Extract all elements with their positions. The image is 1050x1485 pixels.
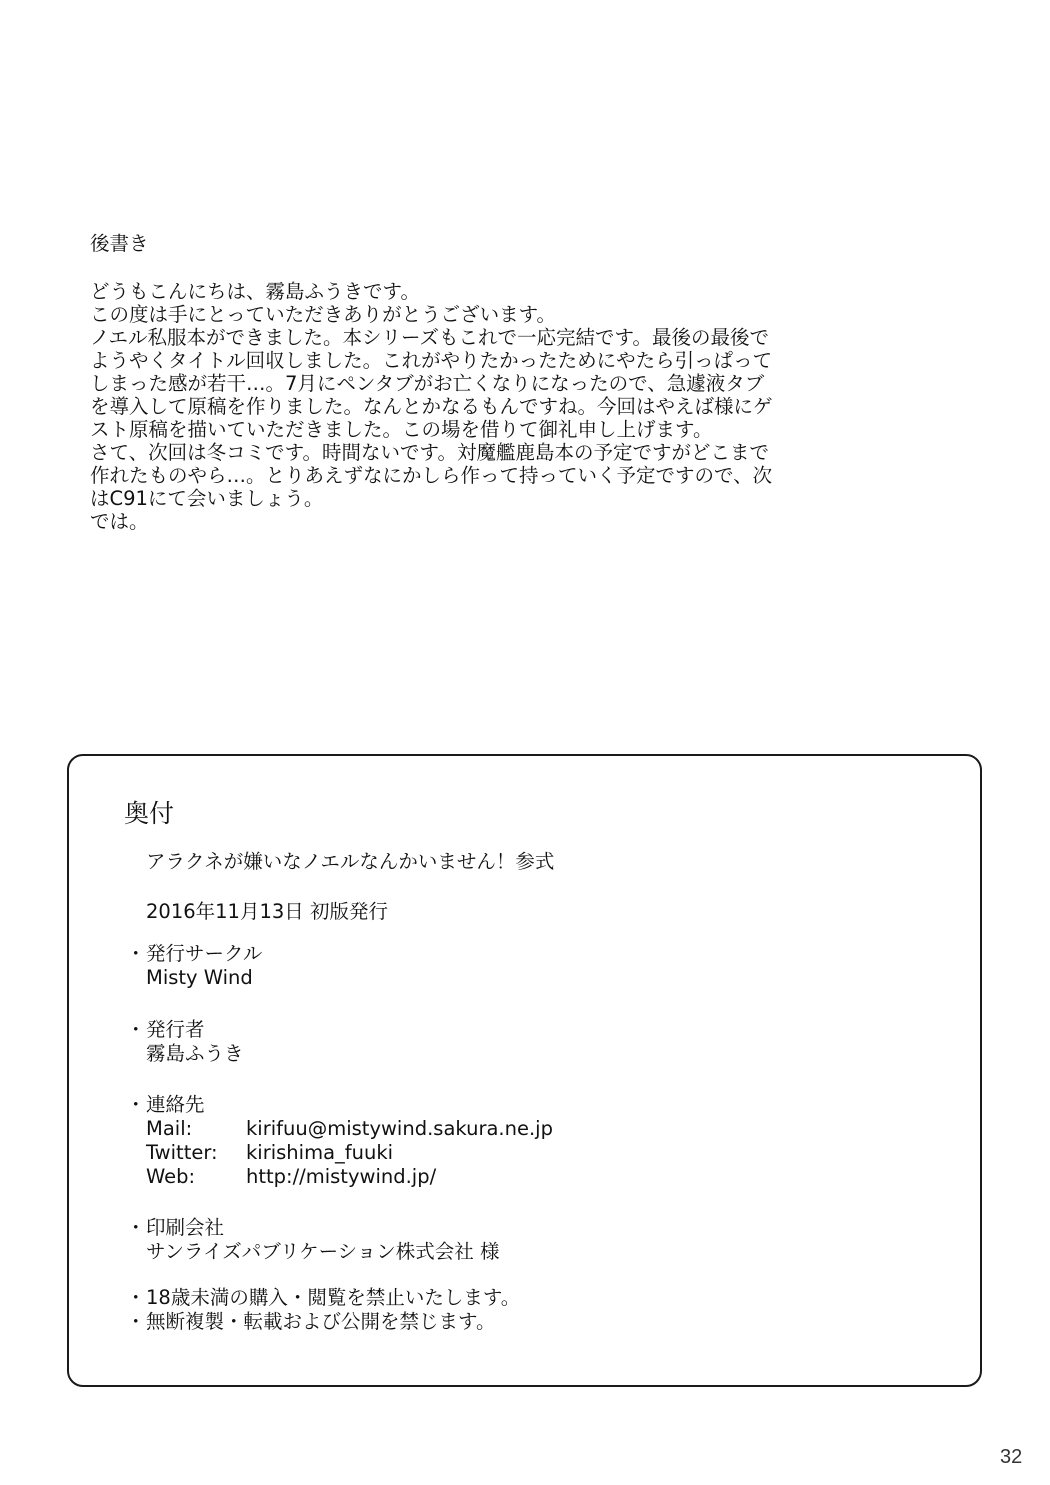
bullet: ・ xyxy=(126,1286,146,1310)
mail-label: Mail: xyxy=(146,1117,246,1141)
web-url-link[interactable]: http://mistywind.jp/ xyxy=(246,1165,436,1189)
publisher-name: 霧島ふうき xyxy=(126,1042,244,1066)
contact-row-twitter: Twitter: kirishima_fuuki xyxy=(126,1141,553,1165)
afterword-line: この度は手にとっていただきありがとうございます。 xyxy=(90,303,890,326)
bullet: ・ xyxy=(126,1018,146,1042)
notice-copyright: ・無断複製・転載および公開を禁じます。 xyxy=(126,1310,520,1334)
circle-label: 発行サークル xyxy=(146,942,262,965)
printer-section: ・印刷会社 サンライズパブリケーション株式会社 様 xyxy=(126,1216,500,1264)
contact-row-mail: Mail: kirifuu@mistywind.sakura.ne.jp xyxy=(126,1117,553,1141)
web-label: Web: xyxy=(146,1165,246,1189)
printer-name: サンライズパブリケーション株式会社 様 xyxy=(126,1240,500,1264)
printer-label: 印刷会社 xyxy=(146,1216,224,1239)
notice-text: 18歳未満の購入・閲覧を禁止いたします。 xyxy=(146,1286,520,1309)
notice-age-restriction: ・18歳未満の購入・閲覧を禁止いたします。 xyxy=(126,1286,520,1310)
publication-date: 2016年11月13日 初版発行 xyxy=(146,896,388,924)
afterword-line: さて、次回は冬コミです。時間ないです。対魔艦鹿島本の予定ですがどこまで xyxy=(90,441,890,464)
afterword-line: ノエル私服本ができました。本シリーズもこれで一応完結です。最後の最後で xyxy=(90,326,890,349)
afterword-body: どうもこんにちは、霧島ふうきです。 この度は手にとっていただきありがとうございま… xyxy=(90,280,890,533)
colophon-box: 奥付 アラクネが嫌いなノエルなんかいません！参式 2016年11月13日 初版発… xyxy=(67,754,982,1387)
afterword-line: を導入して原稿を作りました。なんとかなるもんですね。今回はやえば様にゲ xyxy=(90,395,890,418)
bullet: ・ xyxy=(126,1310,146,1334)
circle-name: Misty Wind xyxy=(126,966,262,990)
book-title: アラクネが嫌いなノエルなんかいません！参式 xyxy=(146,846,554,874)
afterword-line: しまった感が若干…。7月にペンタブがお亡くなりになったので、急遽液タブ xyxy=(90,372,890,395)
bullet: ・ xyxy=(126,1093,146,1117)
twitter-handle-link[interactable]: kirishima_fuuki xyxy=(246,1141,393,1165)
notices-section: ・18歳未満の購入・閲覧を禁止いたします。 ・無断複製・転載および公開を禁じます… xyxy=(126,1286,520,1334)
afterword-section: 後書き どうもこんにちは、霧島ふうきです。 この度は手にとっていただきありがとう… xyxy=(90,232,890,533)
circle-section: ・発行サークル Misty Wind xyxy=(126,942,262,990)
afterword-line: では。 xyxy=(90,510,890,533)
twitter-label: Twitter: xyxy=(146,1141,246,1165)
bullet: ・ xyxy=(126,1216,146,1240)
contact-label: 連絡先 xyxy=(146,1093,205,1116)
bullet: ・ xyxy=(126,942,146,966)
publisher-section: ・発行者 霧島ふうき xyxy=(126,1018,244,1066)
publisher-label: 発行者 xyxy=(146,1018,205,1041)
mail-address-link[interactable]: kirifuu@mistywind.sakura.ne.jp xyxy=(246,1117,553,1141)
afterword-line: ようやくタイトル回収しました。これがやりたかったためにやたら引っぱって xyxy=(90,349,890,372)
contact-row-web: Web: http://mistywind.jp/ xyxy=(126,1165,553,1189)
page-number: 32 xyxy=(1000,1446,1022,1469)
contact-section: ・連絡先 Mail: kirifuu@mistywind.sakura.ne.j… xyxy=(126,1093,553,1189)
colophon-title: 奥付 xyxy=(124,794,174,830)
afterword-title: 後書き xyxy=(90,232,890,255)
notice-text: 無断複製・転載および公開を禁じます。 xyxy=(146,1310,495,1333)
afterword-line: スト原稿を描いていただきました。この場を借りて御礼申し上げます。 xyxy=(90,418,890,441)
afterword-line: 作れたものやら…。とりあえずなにかしら作って持っていく予定ですので、次 xyxy=(90,464,890,487)
afterword-line: どうもこんにちは、霧島ふうきです。 xyxy=(90,280,890,303)
afterword-line: はC91にて会いましょう。 xyxy=(90,487,890,510)
